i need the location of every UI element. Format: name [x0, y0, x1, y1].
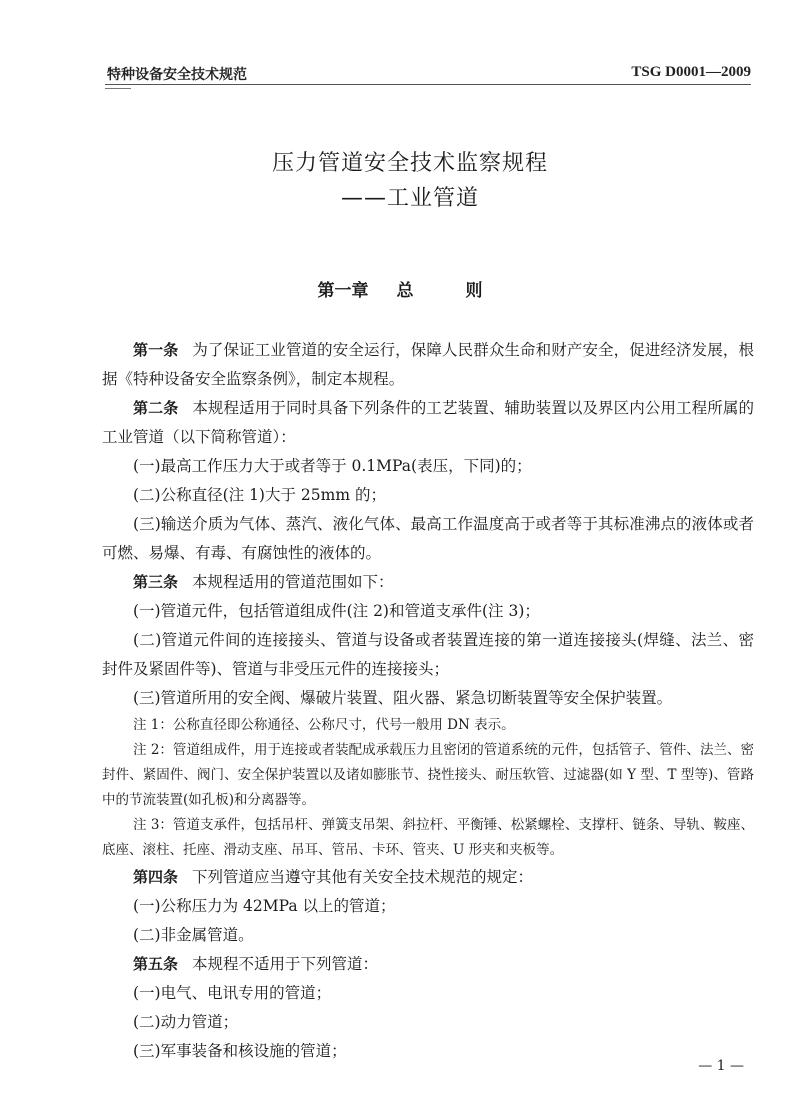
list-item: (一)公称压力为 42MPa 以上的管道；	[102, 892, 754, 921]
header-underline-mark	[105, 88, 131, 89]
list-item: (二)动力管道；	[102, 1008, 754, 1037]
article-text: 为了保证工业管道的安全运行，保障人民群众生命和财产安全，促进经济发展，根据《特种…	[102, 341, 754, 388]
body-content: 第一条为了保证工业管道的安全运行，保障人民群众生命和财产安全，促进经济发展，根据…	[102, 336, 754, 1066]
list-item: (一)电气、电讯专用的管道；	[102, 979, 754, 1008]
chapter-number: 第一章	[318, 281, 369, 301]
article-label: 第三条	[133, 573, 178, 591]
chapter-name-part1: 总	[397, 281, 414, 301]
article-label: 第一条	[133, 341, 178, 359]
article-5: 第五条本规程不适用于下列管道：	[102, 950, 754, 979]
article-label: 第四条	[133, 868, 178, 886]
article-label: 第五条	[133, 955, 178, 973]
article-2: 第二条本规程适用于同时具备下列条件的工艺装置、辅助装置以及界区内公用工程所属的工…	[102, 394, 754, 452]
running-header: 特种设备安全技术规范 TSG D0001—2009	[105, 62, 751, 85]
list-item: (一)最高工作压力大于或者等于 0.1MPa(表压，下同)的；	[102, 452, 754, 481]
article-text: 本规程不适用于下列管道：	[192, 955, 378, 973]
list-item: (二)公称直径(注 1)大于 25mm 的；	[102, 481, 754, 510]
article-text: 下列管道应当遵守其他有关安全技术规范的规定：	[192, 868, 533, 886]
article-label: 第二条	[133, 399, 178, 417]
list-item: (三)输送介质为气体、蒸汽、液化气体、最高工作温度高于或者等于其标准沸点的液体或…	[102, 510, 754, 568]
article-text: 本规程适用的管道范围如下：	[192, 573, 394, 591]
article-text: 本规程适用于同时具备下列条件的工艺装置、辅助装置以及界区内公用工程所属的工业管道…	[102, 399, 754, 446]
standard-code: TSG D0001—2009	[631, 64, 751, 81]
list-item: (二)非金属管道。	[102, 921, 754, 950]
list-item: (三)军事装备和核设施的管道；	[102, 1037, 754, 1066]
list-item: (二)管道元件间的连接接头、管道与设备或者装置连接的第一道连接接头(焊缝、法兰、…	[102, 626, 754, 684]
list-item: (一)管道元件，包括管道组成件(注 2)和管道支承件(注 3)；	[102, 597, 754, 626]
note: 注 1：公称直径即公称通径、公称尺寸，代号一般用 DN 表示。	[102, 713, 754, 738]
chapter-name-part2: 则	[466, 281, 483, 301]
series-title: 特种设备安全技术规范	[107, 64, 247, 84]
chapter-heading: 第一章总则	[0, 276, 800, 301]
note: 注 2：管道组成件，用于连接或者装配成承载压力且密闭的管道系统的元件，包括管子、…	[102, 738, 754, 813]
document-title: 压力管道安全技术监察规程	[10, 146, 800, 177]
article-4: 第四条下列管道应当遵守其他有关安全技术规范的规定：	[102, 863, 754, 892]
note: 注 3：管道支承件，包括吊杆、弹簧支吊架、斜拉杆、平衡锤、松紧螺栓、支撑杆、链条…	[102, 813, 754, 863]
article-3: 第三条本规程适用的管道范围如下：	[102, 568, 754, 597]
document-subtitle: ——工业管道	[10, 181, 800, 212]
article-1: 第一条为了保证工业管道的安全运行，保障人民群众生命和财产安全，促进经济发展，根据…	[102, 336, 754, 394]
list-item: (三)管道所用的安全阀、爆破片装置、阻火器、紧急切断装置等安全保护装置。	[102, 684, 754, 713]
page-number: — 1 —	[698, 1058, 744, 1074]
